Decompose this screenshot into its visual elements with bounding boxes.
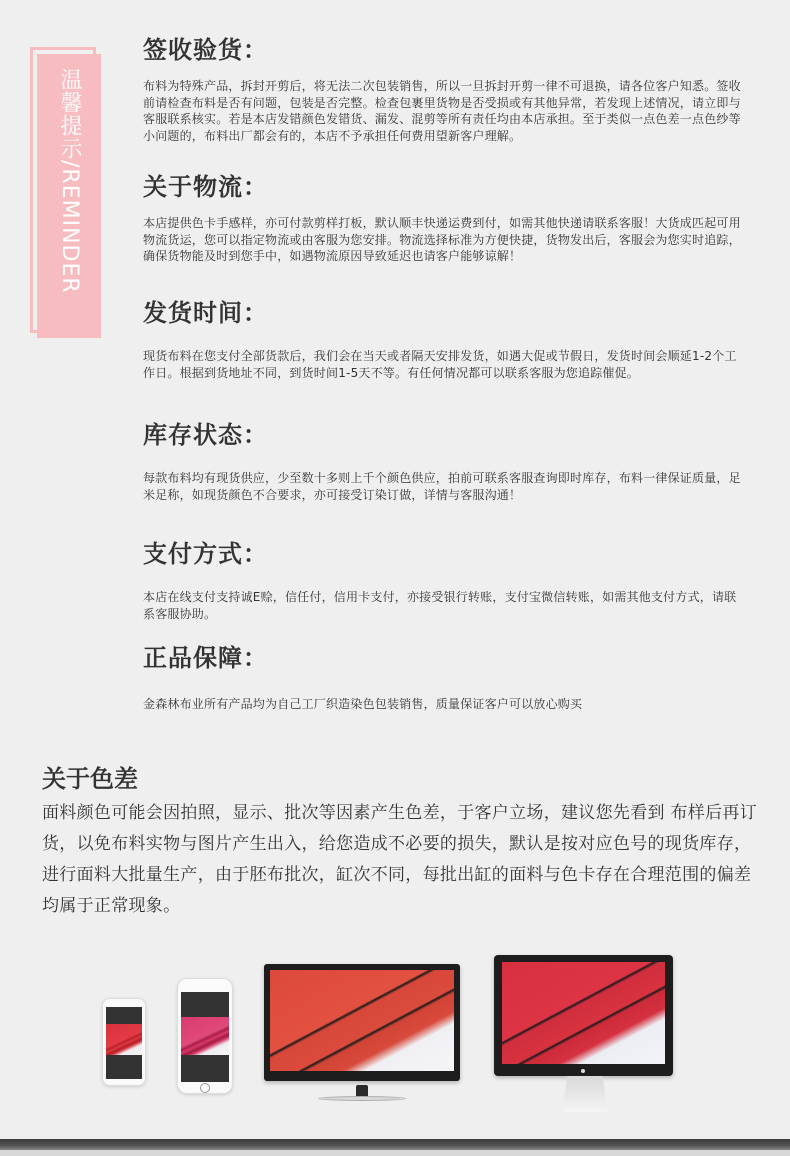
section-title: 签收验货： [143, 34, 743, 66]
section-title: 发货时间： [143, 297, 743, 329]
reminder-banner-label: 温馨提示/REMINDER [58, 68, 80, 294]
color-difference-title: 关于色差 [42, 762, 762, 796]
section-payment: 支付方式： 本店在线支付支持诚E赊，信任付，信用卡支付，亦接受银行转账，支付宝微… [143, 538, 743, 622]
iphone-image [177, 978, 233, 1094]
android-phone-image [102, 998, 146, 1086]
reminder-banner: 温馨提示/REMINDER [37, 54, 101, 338]
section-title: 支付方式： [143, 538, 743, 570]
section-title: 库存状态： [143, 419, 743, 451]
section-body: 金森林布业所有产品均为自己工厂织造染色包装销售，质量保证客户可以放心购买 [143, 696, 743, 713]
section-body: 本店在线支付支持诚E赊，信任付，信用卡支付，亦接受银行转账，支付宝微信转账，如需… [143, 589, 743, 622]
color-difference-body: 面料颜色可能会因拍照，显示、批次等因素产生色差，于客户立场，建议您先看到 布样后… [42, 798, 762, 922]
section-logistics: 关于物流： 本店提供色卡手感样，亦可付款剪样打板，默认顺丰快递运费到付，如需其他… [143, 171, 743, 265]
apple-monitor-image [494, 955, 673, 1076]
section-body: 每款布料均有现货供应，少至数十多则上千个颜色供应，拍前可联系客服查询即时库存，布… [143, 470, 743, 503]
section-inspection: 签收验货： 布料为特殊产品，拆封开剪后，将无法二次包装销售，所以一旦拆封开剪一律… [143, 34, 743, 144]
section-shipping-time: 发货时间： 现货布料在您支付全部货款后，我们会在当天或者隔天安排发货，如遇大促或… [143, 297, 743, 381]
bottom-shadow [0, 1150, 790, 1156]
section-inventory: 库存状态： 每款布料均有现货供应，少至数十多则上千个颜色供应，拍前可联系客服查询… [143, 419, 743, 503]
samsung-monitor-image [264, 964, 460, 1081]
section-authenticity: 正品保障： 金森林布业所有产品均为自己工厂织造染色包装销售，质量保证客户可以放心… [143, 642, 743, 713]
section-title: 正品保障： [143, 642, 743, 674]
section-body: 现货布料在您支付全部货款后，我们会在当天或者隔天安排发货，如遇大促或节假日，发货… [143, 348, 743, 381]
section-color-difference: 关于色差 面料颜色可能会因拍照，显示、批次等因素产生色差，于客户立场，建议您先看… [42, 762, 762, 922]
apple-monitor-stand [560, 1076, 610, 1112]
section-title: 关于物流： [143, 171, 743, 203]
bottom-divider [0, 1139, 790, 1150]
section-body: 本店提供色卡手感样，亦可付款剪样打板，默认顺丰快递运费到付，如需其他快递请联系客… [143, 215, 743, 265]
section-body: 布料为特殊产品，拆封开剪后，将无法二次包装销售，所以一旦拆封开剪一律不可退换，请… [143, 78, 743, 144]
samsung-monitor-stand [318, 1085, 406, 1101]
